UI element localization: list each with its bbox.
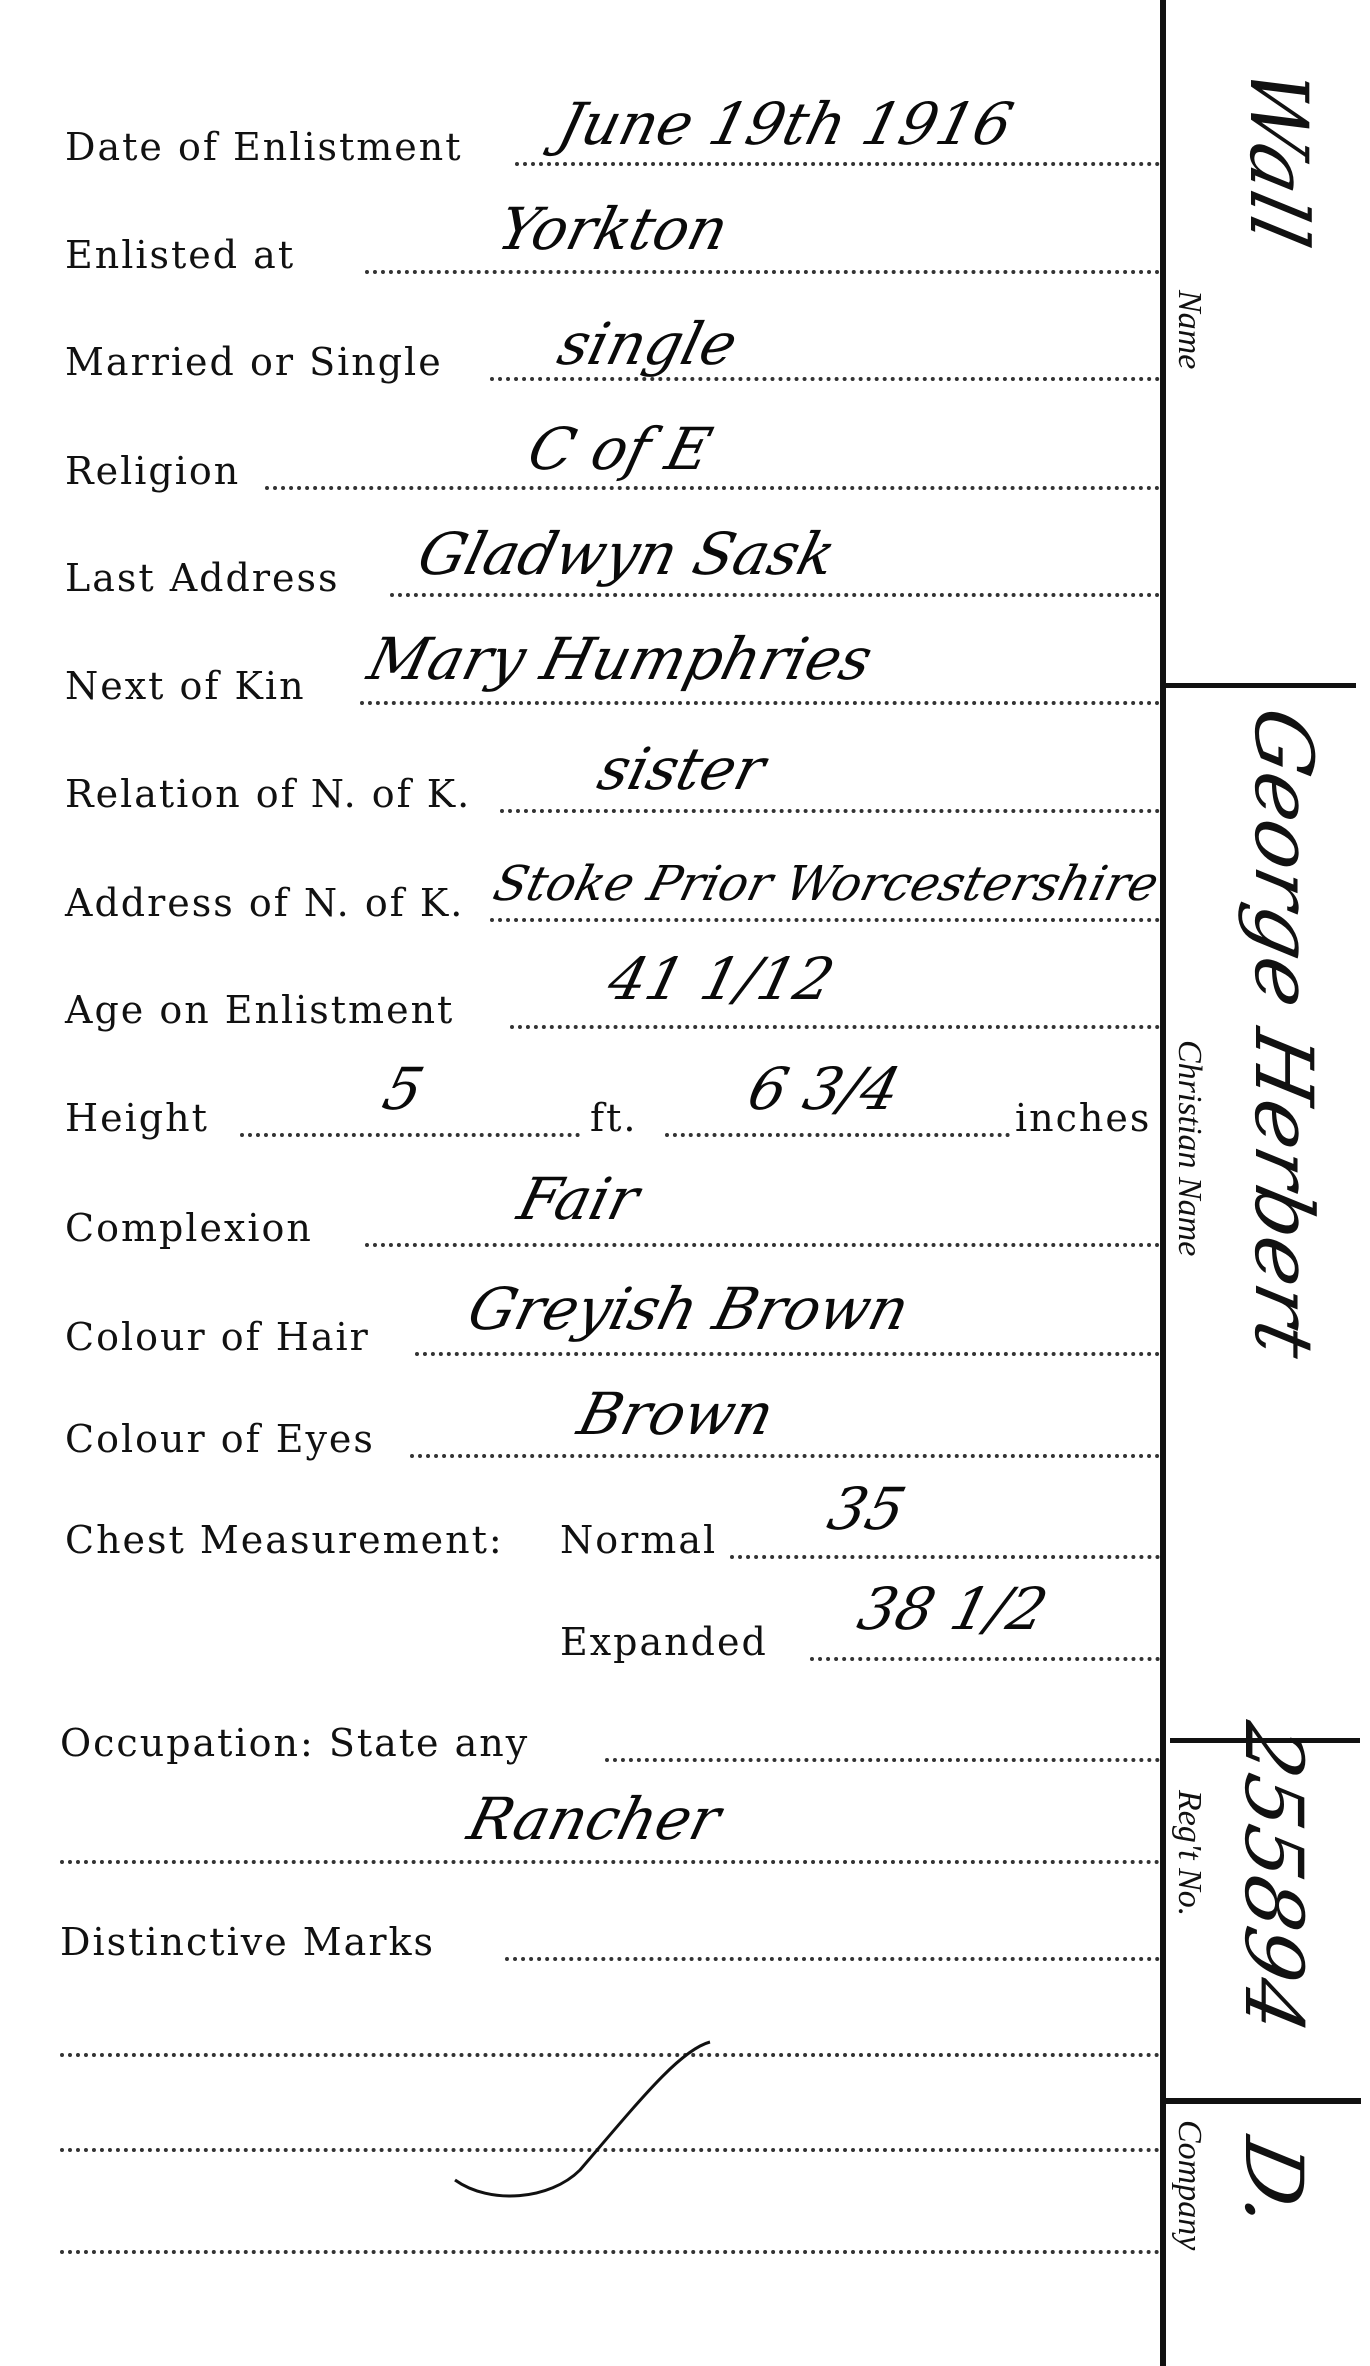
value-occupation: Rancher xyxy=(463,1790,726,1848)
value-company: D. xyxy=(1227,2130,1320,2236)
label-complexion: Complexion xyxy=(65,1209,313,1247)
value-enlisted-at: Yorkton xyxy=(493,200,734,258)
dotted-line xyxy=(810,1657,1160,1661)
label-company: Company xyxy=(1170,2120,1208,2250)
label-chest-normal: Normal xyxy=(560,1521,717,1559)
value-height-inches: 6 3/4 xyxy=(743,1060,906,1118)
dotted-line xyxy=(365,1243,1160,1247)
dotted-line xyxy=(365,270,1160,274)
label-colour-of-hair: Colour of Hair xyxy=(65,1318,370,1356)
label-religion: Religion xyxy=(65,452,240,490)
value-regt-no: 255894 xyxy=(1227,1715,1320,2040)
dotted-line xyxy=(730,1555,1160,1559)
label-relation-of-nok: Relation of N. of K. xyxy=(65,775,471,813)
label-regt-no: Reg't No. xyxy=(1170,1790,1208,1916)
label-last-address: Last Address xyxy=(65,559,340,597)
dotted-line xyxy=(415,1352,1160,1356)
value-last-address: Gladwyn Sask xyxy=(413,525,841,583)
value-chest-normal: 35 xyxy=(823,1480,911,1538)
value-chest-expanded: 38 1/2 xyxy=(853,1580,1053,1638)
dotted-line xyxy=(265,486,1160,490)
label-next-of-kin: Next of Kin xyxy=(65,667,306,705)
dotted-line xyxy=(360,701,1160,705)
divider-regt-no xyxy=(1166,2098,1361,2104)
dotted-line xyxy=(490,918,1160,922)
dotted-line xyxy=(390,593,1160,597)
column-divider xyxy=(1160,0,1166,2366)
label-ft: ft. xyxy=(590,1099,637,1137)
dotted-line xyxy=(240,1133,580,1137)
value-christian-name: George Herbert xyxy=(1237,700,1330,1366)
value-age-on-enlistment: 41 1/12 xyxy=(603,950,840,1008)
dotted-line xyxy=(510,1025,1160,1029)
value-complexion: Fair xyxy=(513,1170,645,1228)
label-married-or-single: Married or Single xyxy=(65,343,443,381)
value-religion: C of E xyxy=(523,420,717,478)
value-colour-of-eyes: Brown xyxy=(573,1385,780,1443)
value-date-of-enlistment: June 19th 1916 xyxy=(553,95,1019,153)
label-height: Height xyxy=(65,1099,209,1137)
dotted-line xyxy=(605,1758,1160,1762)
dotted-line xyxy=(60,1860,1160,1864)
value-address-of-nok: Stoke Prior Worcestershire xyxy=(489,860,1163,908)
divider-name xyxy=(1166,683,1356,688)
value-relation-of-nok: sister xyxy=(593,740,771,798)
label-name: Name xyxy=(1170,290,1208,369)
dotted-line xyxy=(60,2250,1160,2254)
label-chest-expanded: Expanded xyxy=(560,1623,768,1661)
label-colour-of-eyes: Colour of Eyes xyxy=(65,1420,375,1458)
label-christian-name: Christian Name xyxy=(1170,1040,1208,1256)
label-date-of-enlistment: Date of Enlistment xyxy=(65,128,463,166)
dotted-line xyxy=(665,1133,1010,1137)
distinctive-marks-stroke xyxy=(380,2030,720,2200)
value-colour-of-hair: Greyish Brown xyxy=(463,1280,915,1338)
label-distinctive-marks: Distinctive Marks xyxy=(60,1923,435,1961)
label-inches: inches xyxy=(1015,1099,1151,1137)
label-occupation: Occupation: State any xyxy=(60,1724,529,1762)
value-married-or-single: single xyxy=(553,315,743,373)
value-height-feet: 5 xyxy=(378,1060,429,1118)
label-chest-measurement: Chest Measurement: xyxy=(65,1521,504,1559)
value-name: Wall xyxy=(1232,60,1325,254)
dotted-line xyxy=(515,162,1160,166)
label-enlisted-at: Enlisted at xyxy=(65,236,295,274)
value-next-of-kin: Mary Humphries xyxy=(363,630,878,688)
dotted-line xyxy=(410,1454,1160,1458)
dotted-line xyxy=(500,809,1160,813)
label-age-on-enlistment: Age on Enlistment xyxy=(65,991,454,1029)
dotted-line xyxy=(505,1957,1160,1961)
label-address-of-nok: Address of N. of K. xyxy=(65,884,464,922)
attestation-card: Date of Enlistment June 19th 1916 Enlist… xyxy=(0,0,1370,2366)
